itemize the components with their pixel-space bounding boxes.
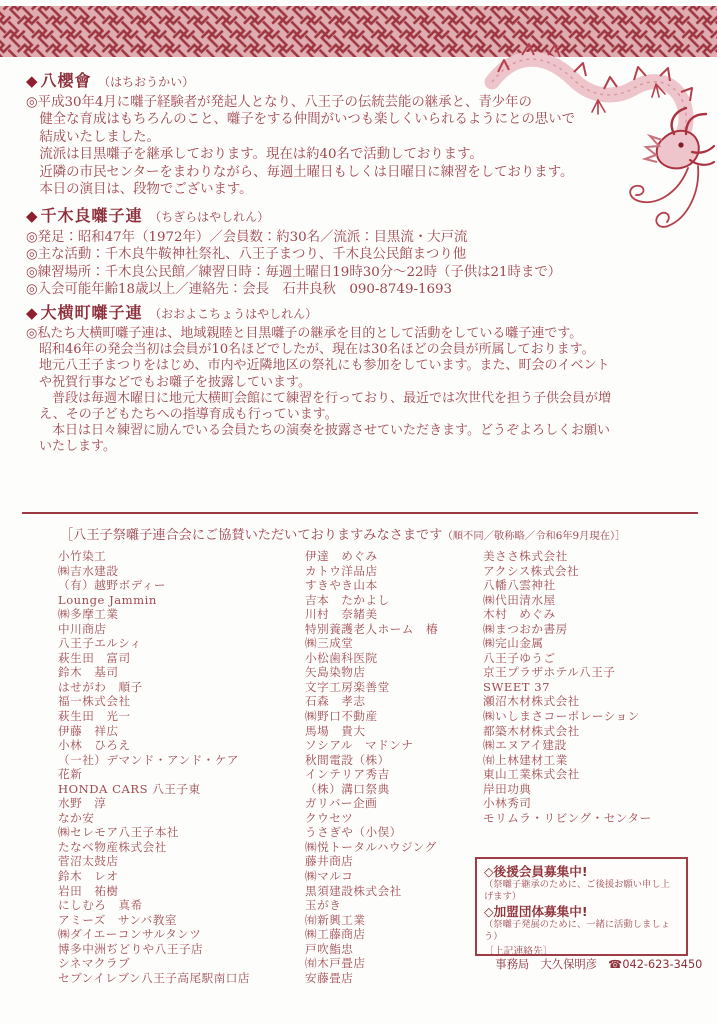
sponsor-name: 水野 淳 xyxy=(58,796,298,811)
body-line: ◎入会可能年齢18歳以上／連絡先：会長 石井良秋 090-8749-1693 xyxy=(26,281,701,298)
sponsor-name: ソシアル マドンナ xyxy=(305,738,480,753)
group-name: 千木良囃子連 xyxy=(41,206,143,225)
sponsor-name: 小松歯科医院 xyxy=(305,651,480,666)
sponsor-name: SWEET 37 xyxy=(483,680,713,695)
body-line: 本日は日々練習に励んでいる会員たちの演奏を披露させていただきます。どうぞよろしく… xyxy=(26,423,701,439)
sponsor-list-header: ［八王子祭囃子連合会にご協賛いただいておりますみなさまです（順不同／敬称略／令和… xyxy=(60,524,625,543)
sponsor-name: インテリア秀吉 xyxy=(305,767,480,782)
body-line: 本日の演目は、段物でございます。 xyxy=(26,181,701,198)
sponsor-name: 萩生田 富司 xyxy=(58,651,298,666)
body-line: 昭和46年の発会当初は会員が10名ほどでしたが、現在は30名ほどの会員が所属して… xyxy=(26,342,701,358)
sponsor-name: Lounge Jammin xyxy=(58,593,298,608)
support-member-recruit-note: （祭囃子継承のために、ご後援お願い申し上げます） xyxy=(484,879,679,903)
sponsor-name: 東山工業株式会社 xyxy=(483,767,713,782)
affiliate-group-recruit-note: （祭囃子発展のために、一緒に活動しましょう） xyxy=(484,919,679,943)
sponsor-name: ㈱吉水建設 xyxy=(58,564,298,579)
festival-program-page: ◆八櫻會 （はちおうかい） ◎平成30年4月に囃子経験者が発起人となり、八王子の… xyxy=(0,0,717,1024)
sponsor-name: モリムラ・リビング・センター xyxy=(483,811,713,826)
section-body: ◎平成30年4月に囃子経験者が発起人となり、八王子の伝統芸能の継承と、青少年の … xyxy=(26,94,701,198)
body-line: 結成いたしました。 xyxy=(26,129,701,146)
sponsor-name: 小竹染工 xyxy=(58,549,298,564)
sponsor-name: 川村 奈緒美 xyxy=(305,607,480,622)
sponsor-name: 八王子ゆうご xyxy=(483,651,713,666)
sponsor-name: 花新 xyxy=(58,767,298,782)
sponsor-name: 都築木材株式会社 xyxy=(483,724,713,739)
group-name: 八櫻會 xyxy=(41,71,92,90)
sponsor-name: ㈱エヌアイ建設 xyxy=(483,738,713,753)
sponsor-name: なか安 xyxy=(58,811,298,826)
body-line: ◎練習場所：千木良公民館／練習日時：毎週土曜日19時30分～22時（子供は21時… xyxy=(26,264,701,281)
sponsor-name: 文字工房楽善堂 xyxy=(305,680,480,695)
sponsor-name: 博多中洲ぢどりや八王子店 xyxy=(58,942,298,957)
group-furigana: （おおよこちょうはやしれん） xyxy=(149,307,317,321)
sponsor-name: 岩田 祐樹 xyxy=(58,884,298,899)
recruitment-notice-box: ◇後援会員募集中! （祭囃子継承のために、ご後援お願い申し上げます） ◇加盟団体… xyxy=(475,857,688,956)
body-line: ◎主な活動：千木良牛鞍神社祭礼、八王子まつり、千木良公民館まつり他 xyxy=(26,246,701,263)
sponsor-name: ㈱代田清水屋 xyxy=(483,593,713,608)
sponsor-name: ㈱悦トータルハウジング xyxy=(305,840,480,855)
sponsor-name: ㈱多摩工業 xyxy=(58,607,298,622)
sponsor-name: 萩生田 光一 xyxy=(58,709,298,724)
group-name: 大横町囃子連 xyxy=(41,303,143,322)
sponsor-name: 石森 孝志 xyxy=(305,694,480,709)
sponsor-name: HONDA CARS 八王子東 xyxy=(58,782,298,797)
sponsor-name: 吉本 たかよし xyxy=(305,593,480,608)
sponsor-name: ㈲木戸畳店 xyxy=(305,956,480,971)
section-title: ◆千木良囃子連 （ちぎらはやしれん） xyxy=(26,203,701,226)
sponsor-name: 黒須建設株式会社 xyxy=(305,884,480,899)
sponsor-column-2: 伊達 めぐみカトウ洋品店すきやき山本吉本 たかよし川村 奈緒美特別養護老人ホーム… xyxy=(305,549,480,985)
body-line: 地元八王子まつりをはじめ、市内や近隣地区の祭礼にも参加をしています。また、町会の… xyxy=(26,358,701,374)
sponsor-name: ㈱完山金属 xyxy=(483,636,713,651)
sponsor-name: クウセツ xyxy=(305,811,480,826)
contact-info: 事務局 大久保明彦 ☎042-623-3450 xyxy=(484,958,679,972)
section-title: ◆八櫻會 （はちおうかい） xyxy=(26,68,701,91)
body-line: 健全な育成はもちろんのこと、囃子をする仲間がいつも楽しくいられるようにとの思いで xyxy=(26,111,701,128)
sponsor-name: 藤井商店 xyxy=(305,854,480,869)
body-line: いたします。 xyxy=(26,439,701,455)
sponsor-name: にしむろ 真希 xyxy=(58,898,298,913)
body-line: ◎平成30年4月に囃子経験者が発起人となり、八王子の伝統芸能の継承と、青少年の xyxy=(26,94,701,111)
sponsor-name: 馬場 貴大 xyxy=(305,724,480,739)
sponsor-name: ㈱マルコ xyxy=(305,869,480,884)
sponsor-name: ガリバー企画 xyxy=(305,796,480,811)
section-body: ◎私たち大横町囃子連は、地域親睦と目黒囃子の継承を目的として活動をしている囃子連… xyxy=(26,326,701,456)
section-chigira-hayashiren: ◆千木良囃子連 （ちぎらはやしれん） ◎発足：昭和47年（1972年）／会員数：… xyxy=(26,203,701,299)
body-line: ◎私たち大横町囃子連は、地域親睦と目黒囃子の継承を目的として活動をしている囃子連… xyxy=(26,326,701,342)
sponsor-name: セブンイレブン八王子高尾駅南口店 xyxy=(58,971,298,986)
sponsor-name: ㈱セレモア八王子本社 xyxy=(58,825,298,840)
body-line: ◎発足：昭和47年（1972年）／会員数：約30名／流派：目黒流・大戸流 xyxy=(26,229,701,246)
sponsor-name: 中川商店 xyxy=(58,622,298,637)
sponsor-name: 菅沼太鼓店 xyxy=(58,854,298,869)
sponsor-name: 小林秀司 xyxy=(483,796,713,811)
sponsor-name: ㈱三成堂 xyxy=(305,636,480,651)
sponsor-name: 特別養護老人ホーム 椿 xyxy=(305,622,480,637)
contact-label: 〔上記連絡先〕 xyxy=(484,946,679,958)
divider-rule xyxy=(22,512,698,514)
sponsor-name: ㈱野口不動産 xyxy=(305,709,480,724)
support-member-recruit-title: ◇後援会員募集中! xyxy=(484,864,679,879)
section-title: ◆大横町囃子連 （おおよこちょうはやしれん） xyxy=(26,300,701,323)
section-oyokocho-hayashiren: ◆大横町囃子連 （おおよこちょうはやしれん） ◎私たち大横町囃子連は、地域親睦と… xyxy=(26,300,701,456)
sponsor-name: 矢島染物店 xyxy=(305,665,480,680)
sponsor-header-main: ［八王子祭囃子連合会にご協賛いただいておりますみなさまです xyxy=(60,528,442,543)
sponsor-name: 鈴木 基司 xyxy=(58,665,298,680)
sponsor-name: 伊藤 祥広 xyxy=(58,724,298,739)
sponsor-column-3: 美ささ株式会社アクシス株式会社八幡八雲神社㈱代田清水屋木村 めぐみ㈱まつおか書房… xyxy=(483,549,713,825)
affiliate-group-recruit-title: ◇加盟団体募集中! xyxy=(484,904,679,919)
sponsor-name: 戸吹鮨忠 xyxy=(305,942,480,957)
sponsor-name: うさぎや（小俣） xyxy=(305,825,480,840)
sponsor-name: （株）溝口祭典 xyxy=(305,782,480,797)
sponsor-name: 岸田功典 xyxy=(483,782,713,797)
sponsor-name: ㈱いしまさコーポレーション xyxy=(483,709,713,724)
sponsor-name: カトウ洋品店 xyxy=(305,564,480,579)
sponsor-name: 京王プラザホテル八王子 xyxy=(483,665,713,680)
body-line: 普段は毎週木曜日に地元大横町会館にて練習を行っており、最近では次世代を担う子供会… xyxy=(26,391,701,407)
sponsor-name: 鈴木 レオ xyxy=(58,869,298,884)
sponsor-name: 安藤畳店 xyxy=(305,971,480,986)
sponsor-header-note: （順不同／敬称略／令和6年9月現在）］ xyxy=(442,530,625,542)
sponsor-name: ㈱まつおか書房 xyxy=(483,622,713,637)
sponsor-name: すきやき山本 xyxy=(305,578,480,593)
body-line: え、その子どもたちへの指導育成も行っています。 xyxy=(26,407,701,423)
section-hachioukai: ◆八櫻會 （はちおうかい） ◎平成30年4月に囃子経験者が発起人となり、八王子の… xyxy=(26,68,701,198)
sponsor-name: 秋間電設（株） xyxy=(305,753,480,768)
sponsor-name: ㈱工藤商店 xyxy=(305,927,480,942)
sponsor-name: アミーズ サンバ教室 xyxy=(58,913,298,928)
section-body: ◎発足：昭和47年（1972年）／会員数：約30名／流派：目黒流・大戸流◎主な活… xyxy=(26,229,701,299)
sponsor-name: たなべ物産株式会社 xyxy=(58,840,298,855)
sponsor-name: 福一株式会社 xyxy=(58,694,298,709)
sponsor-name: シネマクラブ xyxy=(58,956,298,971)
group-furigana: （はちおうかい） xyxy=(98,75,194,89)
sponsor-name: 瀬沼木材株式会社 xyxy=(483,694,713,709)
sponsor-name: 伊達 めぐみ xyxy=(305,549,480,564)
sponsor-name: はせがわ 順子 xyxy=(58,680,298,695)
group-furigana: （ちぎらはやしれん） xyxy=(149,210,269,224)
body-line: 近隣の市民センターをまわりながら、毎週土曜日もしくは日曜日に練習をしております。 xyxy=(26,164,701,181)
sponsor-name: 八王子エルシィ xyxy=(58,636,298,651)
sponsor-name: ㈲新興工業 xyxy=(305,913,480,928)
body-line: 流派は目黒囃子を継承しております。現在は約40名で活動しております。 xyxy=(26,146,701,163)
sponsor-name: （有）越野ボディー xyxy=(58,578,298,593)
sponsor-name: ㈱ダイエーコンサルタンツ xyxy=(58,927,298,942)
diamond-icon: ◆ xyxy=(26,72,39,90)
sponsor-name: 美ささ株式会社 xyxy=(483,549,713,564)
body-line: や祝賀行事などでもお囃子を披露しています。 xyxy=(26,375,701,391)
sponsor-name: 八幡八雲神社 xyxy=(483,578,713,593)
sponsor-name: （一社）デマンド・アンド・ケア xyxy=(58,753,298,768)
diamond-icon: ◆ xyxy=(26,304,39,322)
sponsor-name: アクシス株式会社 xyxy=(483,564,713,579)
sponsor-name: ㈲上林建材工業 xyxy=(483,753,713,768)
sponsor-name: 木村 めぐみ xyxy=(483,607,713,622)
sponsor-name: 小林 ひろえ xyxy=(58,738,298,753)
sponsor-name: 玉がき xyxy=(305,898,480,913)
diamond-icon: ◆ xyxy=(26,207,39,225)
sponsor-column-1: 小竹染工㈱吉水建設（有）越野ボディーLounge Jammin㈱多摩工業中川商店… xyxy=(58,549,298,985)
